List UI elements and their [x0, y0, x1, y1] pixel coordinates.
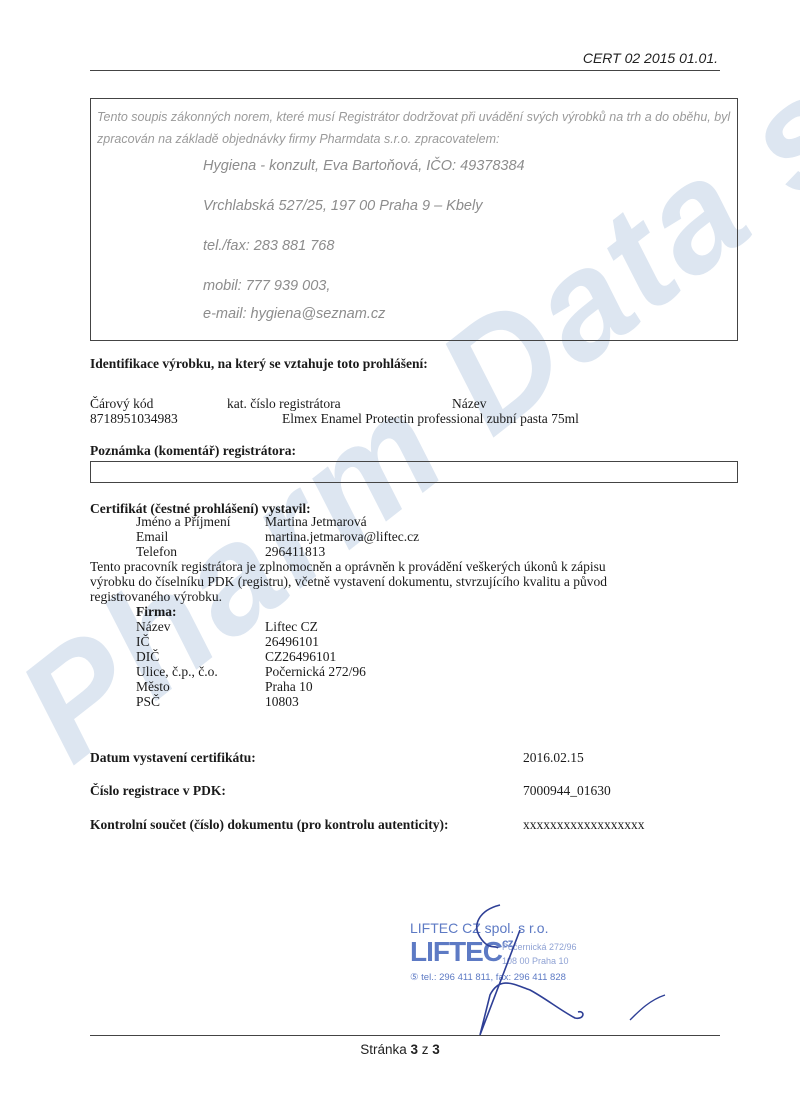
registration-number-label: Číslo registrace v PDK: — [90, 783, 226, 799]
firm-psc-label: PSČ — [136, 694, 160, 710]
page-prefix: Stránka — [360, 1042, 410, 1057]
authorization-statement-line2: výrobku do číselníku PDK (registru), vče… — [90, 574, 607, 590]
registration-number-value: 7000944_01630 — [523, 783, 611, 799]
firm-dic-value: CZ26496101 — [265, 649, 336, 665]
authorization-statement-line1: Tento pracovník registrátora je zplnomoc… — [90, 559, 606, 575]
checksum-label: Kontrolní součet (číslo) dokumentu (pro … — [90, 817, 449, 833]
processor-email: e-mail: hygiena@seznam.cz — [203, 306, 385, 322]
issuer-email-label: Email — [136, 529, 168, 545]
document-page: CERT 02 2015 01.01. Tento soupis zákonný… — [0, 0, 800, 1100]
current-page: 3 — [410, 1042, 418, 1057]
page-number: Stránka 3 z 3 — [300, 1042, 500, 1057]
note-heading: Poznámka (komentář) registrátora: — [90, 443, 296, 459]
firm-ic-label: IČ — [136, 634, 150, 650]
firm-city-label: Město — [136, 679, 170, 695]
issuer-name-value: Martina Jetmarová — [265, 514, 367, 530]
firm-name-label: Název — [136, 619, 170, 635]
col-name-label: Název — [452, 396, 486, 412]
page-separator: z — [418, 1042, 432, 1057]
checksum-value: xxxxxxxxxxxxxxxxxx — [523, 817, 645, 833]
document-code: CERT 02 2015 01.01. — [450, 50, 718, 66]
info-intro: Tento soupis zákonných norem, které musí… — [97, 106, 737, 150]
firm-street-value: Počernická 272/96 — [265, 664, 366, 680]
firm-name-value: Liftec CZ — [265, 619, 318, 635]
issuer-phone-value: 296411813 — [265, 544, 325, 560]
header-divider — [90, 70, 720, 71]
processor-address: Vrchlabská 527/25, 197 00 Praha 9 – Kbel… — [203, 198, 482, 214]
firm-psc-value: 10803 — [265, 694, 299, 710]
issue-date-label: Datum vystavení certifikátu: — [90, 750, 256, 766]
total-pages: 3 — [432, 1042, 440, 1057]
processor-telfax: tel./fax: 283 881 768 — [203, 238, 334, 254]
issuer-phone-label: Telefon — [136, 544, 177, 560]
product-barcode: 8718951034983 — [90, 411, 178, 427]
product-heading: Identifikace výrobku, na který se vztahu… — [90, 356, 428, 372]
firm-heading: Firma: — [136, 604, 176, 620]
processor-mobile: mobil: 777 939 003, — [203, 278, 330, 294]
firm-dic-label: DIČ — [136, 649, 159, 665]
footer-divider — [90, 1035, 720, 1036]
note-box — [90, 461, 738, 483]
col-catalog-label: kat. číslo registrátora — [227, 396, 341, 412]
issuer-name-label: Jméno a Příjmení — [136, 514, 231, 530]
firm-ic-value: 26496101 — [265, 634, 319, 650]
processor-company: Hygiena - konzult, Eva Bartoňová, IČO: 4… — [203, 158, 525, 174]
firm-city-value: Praha 10 — [265, 679, 313, 695]
product-name: Elmex Enamel Protectin professional zubn… — [282, 411, 579, 427]
firm-street-label: Ulice, č.p., č.o. — [136, 664, 218, 680]
processor-info-box: Tento soupis zákonných norem, které musí… — [90, 98, 738, 341]
issue-date-value: 2016.02.15 — [523, 750, 584, 766]
handwritten-signature-icon — [460, 900, 690, 1040]
authorization-statement-line3: registrovaného výrobku. — [90, 589, 222, 605]
col-barcode-label: Čárový kód — [90, 396, 153, 412]
issuer-email-value: martina.jetmarova@liftec.cz — [265, 529, 419, 545]
